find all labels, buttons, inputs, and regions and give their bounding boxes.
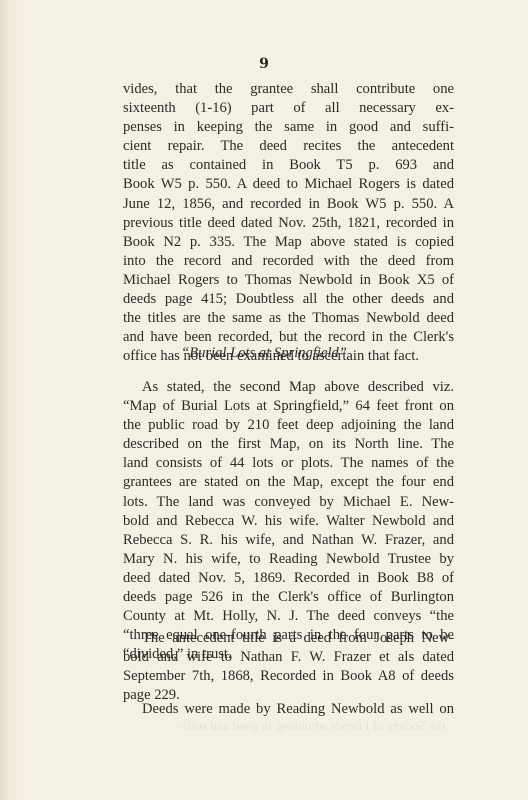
paragraph-2: As stated, the second Map above describe… <box>123 378 454 664</box>
text-line: Michael Rogers to Thomas Newbold in Book… <box>123 271 454 290</box>
section-heading: “Burial Lots at Springfield” <box>0 345 528 362</box>
text-line: September 7th, 1868, Recorded in Book A8… <box>123 667 454 686</box>
text-line: penses in keeping the same in good and s… <box>123 118 454 137</box>
paragraph-3: The antecedent title is a deed from Jose… <box>123 629 454 705</box>
text-line: Book W5 p. 550. A deed to Michael Rogers… <box>123 175 454 194</box>
text-line: bold and Rebecca W. his wife. Walter New… <box>123 512 454 531</box>
text-line: As stated, the second Map above describe… <box>123 378 454 397</box>
text-line: County at Mt. Holly, N. J. The deed conv… <box>123 607 454 626</box>
paragraph-4: Deeds were made by Reading Newbold as we… <box>123 700 454 719</box>
text-line: previous title deed dated Nov. 25th, 182… <box>123 214 454 233</box>
text-line: vides, that the grantee shall contribute… <box>123 80 454 99</box>
text-line: the titles are the same as the Thomas Ne… <box>123 309 454 328</box>
text-line: cient repair. The deed recites the antec… <box>123 137 454 156</box>
text-line: Book N2 p. 335. The Map above stated is … <box>123 233 454 252</box>
text-line: June 12, 1856, and recorded in Book W5 p… <box>123 195 454 214</box>
text-line: land consists of 44 lots or plots. The n… <box>123 454 454 473</box>
text-line: The antecedent title is a deed from Jose… <box>123 629 454 648</box>
show-through-text: the Society of Friends adjoining, in goo… <box>115 718 445 734</box>
text-line: the public road by 210 feet deep adjoini… <box>123 416 454 435</box>
text-line: Mary N. his wife, to Reading Newbold Tru… <box>123 550 454 569</box>
text-line: bold and wife to Nathan F. W. Frazer et … <box>123 648 454 667</box>
book-page: 10 the Society of Friends adjoining, in … <box>0 0 528 800</box>
text-line: deeds page 526 in the Clerk's office of … <box>123 588 454 607</box>
page-number: 9 <box>0 56 528 72</box>
page-binding-edge <box>0 0 8 800</box>
text-line: Deeds were made by Reading Newbold as we… <box>123 700 454 719</box>
text-line: title as contained in Book T5 p. 693 and <box>123 156 454 175</box>
paragraph-1: vides, that the grantee shall contribute… <box>123 80 454 366</box>
text-line: “Map of Burial Lots at Springfield,” 64 … <box>123 397 454 416</box>
text-line: deed dated Nov. 5, 1869. Recorded in Boo… <box>123 569 454 588</box>
text-line: described on the first Map, on its North… <box>123 435 454 454</box>
text-line: Rebecca S. R. his wife, and Nathan W. Fr… <box>123 531 454 550</box>
text-line: deeds page 415; Doubtless all the other … <box>123 290 454 309</box>
text-line: sixteenth (1-16) part of all necessary e… <box>123 99 454 118</box>
text-line: grantees are stated on the Map, except t… <box>123 473 454 492</box>
text-line: lots. The land was conveyed by Michael E… <box>123 493 454 512</box>
text-line: into the record and recorded with the de… <box>123 252 454 271</box>
